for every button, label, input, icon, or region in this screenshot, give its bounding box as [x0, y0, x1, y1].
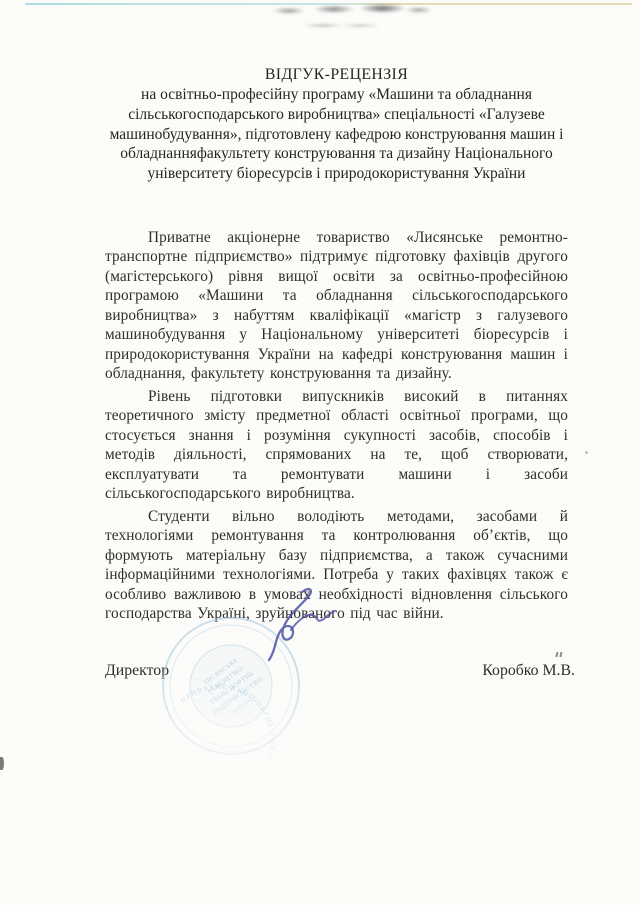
title-subtitle-line: університету біоресурсів і природокорист…	[105, 164, 568, 184]
scan-speck-left-edge	[0, 757, 4, 770]
title-subtitle-line: на освітньо-професійну програму «Машини …	[105, 85, 568, 105]
letter-body: Приватне акціонерне товариство «Лисянськ…	[105, 228, 568, 624]
title-subtitle-line: сільськогосподарського виробництва» спец…	[105, 105, 568, 125]
signature-main-stroke	[269, 589, 311, 660]
scan-ink-smudge-artifact	[253, 2, 433, 18]
title-subtitle-line: машинобудування», підготовлену кафедрою …	[105, 125, 568, 145]
scan-dot-artifact	[585, 451, 588, 454]
scanned-document-page: ВІДГУК-РЕЦЕНЗІЯ на освітньо-професійну п…	[0, 0, 640, 905]
signatory-name: Коробко М.В.	[482, 662, 575, 680]
paragraph-1: Приватне акціонерне товариство «Лисянськ…	[105, 228, 568, 384]
paragraph-2: Рівень підготовки випускників високий в …	[105, 387, 568, 504]
document-title: ВІДГУК-РЕЦЕНЗІЯ	[105, 64, 568, 85]
handwritten-signature	[250, 584, 340, 664]
title-subtitle-line: обладнанняфакультету конструювання та ди…	[105, 144, 568, 164]
signature-flourish-stroke	[291, 611, 335, 630]
scan-ink-smudge-faint-artifact	[296, 21, 386, 30]
